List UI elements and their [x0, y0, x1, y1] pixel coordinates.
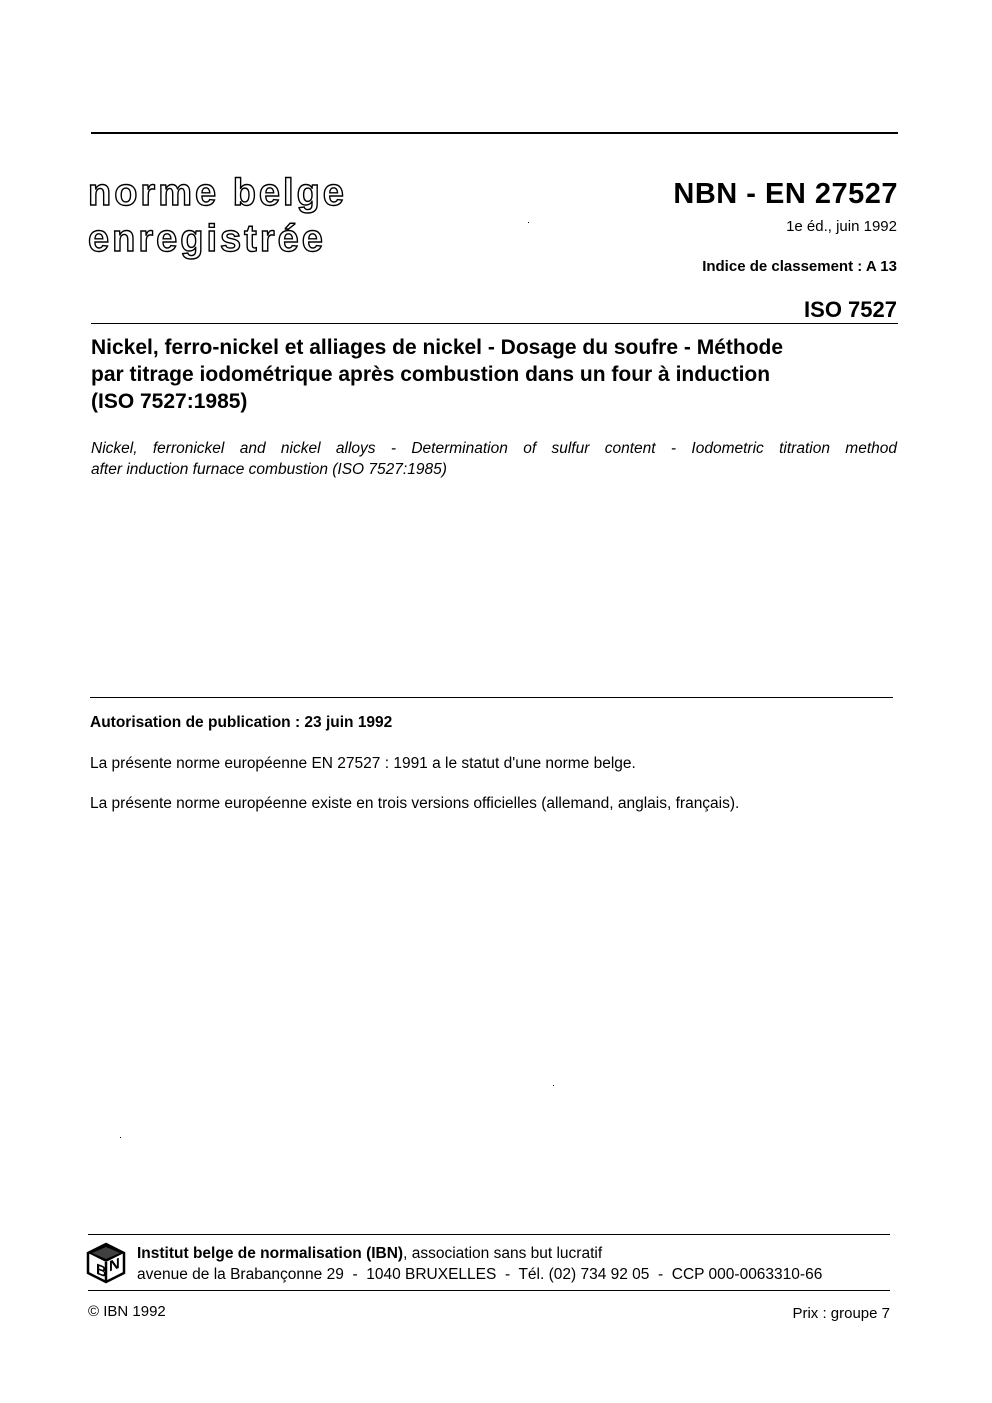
status-paragraph: La présente norme européenne EN 27527 : … — [90, 755, 636, 773]
series-title-line2: enregistrée — [88, 216, 347, 262]
scan-speck — [120, 1137, 121, 1138]
footer-top-rule — [88, 1234, 890, 1235]
english-title: Nickel, ferronickel and nickel alloys - … — [91, 438, 897, 480]
institute-name: Institut belge de normalisation (IBN) — [137, 1245, 403, 1262]
title-rule — [91, 323, 898, 324]
scan-speck — [528, 222, 529, 223]
institute-suffix: , association sans but lucratif — [403, 1245, 602, 1262]
scan-speck — [553, 1085, 554, 1086]
institute-line: Institut belge de normalisation (IBN), a… — [137, 1245, 602, 1263]
classification-index: Indice de classement : A 13 — [702, 258, 897, 275]
doc-number: NBN - EN 27527 — [673, 178, 898, 211]
french-title-line: par titrage iodométrique après combustio… — [91, 361, 901, 388]
series-title: norme belge enregistrée — [88, 170, 347, 262]
english-title-line: after induction furnace combustion (ISO … — [91, 459, 897, 480]
series-title-line1: norme belge — [88, 170, 347, 216]
publication-authorization: Autorisation de publication : 23 juin 19… — [90, 714, 392, 732]
institute-address: avenue de la Brabançonne 29 - 1040 BRUXE… — [137, 1266, 822, 1284]
french-title-line: (ISO 7527:1985) — [91, 388, 901, 415]
price-group: Prix : groupe 7 — [792, 1305, 890, 1322]
iso-number: ISO 7527 — [804, 297, 897, 323]
ibn-logo-icon: B N — [86, 1242, 126, 1284]
english-title-line: Nickel, ferronickel and nickel alloys - … — [91, 438, 897, 459]
top-rule — [91, 132, 898, 134]
footer-bottom-rule — [88, 1290, 890, 1291]
middle-rule — [90, 697, 893, 698]
edition: 1e éd., juin 1992 — [786, 218, 897, 235]
versions-paragraph: La présente norme européenne existe en t… — [90, 795, 739, 813]
copyright: © IBN 1992 — [88, 1303, 166, 1320]
french-title-line: Nickel, ferro-nickel et alliages de nick… — [91, 334, 901, 361]
french-title: Nickel, ferro-nickel et alliages de nick… — [91, 334, 901, 415]
